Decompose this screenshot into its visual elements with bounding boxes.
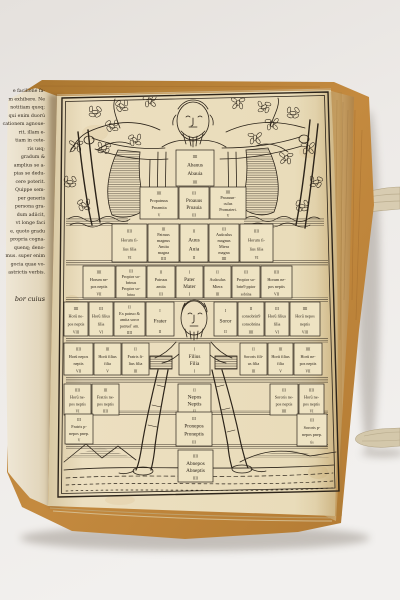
kinship-box-text: Abauus bbox=[187, 163, 203, 169]
kinship-box: IIEx patruo &amita sororpatruel' am.IIII bbox=[114, 302, 145, 336]
kinship-box-text: pos neptis bbox=[97, 402, 114, 407]
kinship-box: IISororis fili-us filiaIII bbox=[240, 343, 267, 375]
kinship-box-text: IIII bbox=[303, 307, 309, 311]
kinship-box: IIIIHorum ne-pos neptisVII bbox=[261, 266, 292, 298]
kinship-box: IIIIHorū neposneptisVIII bbox=[290, 302, 320, 336]
kinship-box-text: Fratris fi- bbox=[128, 354, 145, 359]
kinship-box: IIIIHorum ne-pos neptisVII bbox=[83, 266, 115, 298]
kinship-box-text: Horū ne- bbox=[69, 314, 85, 319]
kinship-box: IIIIPropatruusProamitaV bbox=[140, 187, 178, 219]
kinship-box: IIIIAbauusAbauiaIIII bbox=[176, 150, 214, 186]
kinship-box-text: Abnepos bbox=[186, 461, 204, 467]
left-page-rubric: bor cuius bbox=[15, 295, 46, 303]
kinship-box: IIIIHorum fi-lius filiaVI bbox=[112, 224, 147, 262]
kinship-box: IIAuūculusMteraIII bbox=[204, 266, 231, 298]
kinship-box-text: Filia bbox=[190, 361, 200, 367]
kinship-box-text: pos neptis bbox=[69, 402, 86, 407]
kinship-box-text: Frater bbox=[154, 318, 167, 324]
kinship-box-text: filia bbox=[104, 361, 111, 366]
kinship-box: IIIIHorū ne-pos neptisVII bbox=[294, 343, 322, 375]
kinship-box-text: Sororis fili- bbox=[244, 354, 264, 359]
kinship-box-text: us filia bbox=[248, 361, 260, 366]
kinship-box-text: IIII bbox=[97, 271, 103, 275]
kinship-box-text: IIII bbox=[193, 180, 199, 184]
kinship-box-text: Abauia bbox=[188, 171, 204, 177]
kinship-box: IINeposNeptisII bbox=[178, 384, 211, 415]
kinship-box-text: IIII bbox=[193, 455, 199, 459]
kinship-box: IIIIHorū ne-pos neptisVI bbox=[299, 384, 324, 415]
kinship-box: IIFratris fi-lius filiaIII bbox=[122, 343, 149, 375]
kinship-box-text: consobrin9 bbox=[242, 314, 261, 319]
left-page-text-line: dum adiicit, bbox=[17, 212, 46, 218]
kinship-box-text: brin9 ppior bbox=[237, 284, 256, 289]
left-page-text-line: tiam in cete- bbox=[15, 138, 45, 144]
kinship-box-text: Horū ne- bbox=[304, 394, 320, 399]
kinship-box: IIIHorū filiusfiliaV bbox=[94, 343, 121, 375]
kinship-box-text: pos neptis bbox=[68, 322, 85, 327]
left-page-text-line: cationem agnoue- bbox=[3, 121, 46, 127]
kinship-box-text: Patruus bbox=[157, 232, 170, 237]
kinship-box: IIIHorū filiusfiliaVI bbox=[265, 302, 289, 336]
left-page-text-line: rit, illam e- bbox=[19, 129, 46, 135]
kinship-box-text: IIII bbox=[127, 230, 133, 234]
left-page-text-line: cere poterit. bbox=[16, 179, 46, 185]
kinship-box-text: Horum fi- bbox=[248, 238, 265, 243]
kinship-box-text: Nepos bbox=[188, 394, 202, 400]
kinship-box-text: Auūculus bbox=[209, 277, 225, 282]
left-page-text-line: gradum & bbox=[21, 154, 45, 160]
kinship-box-text: VIII bbox=[73, 331, 80, 335]
kinship-box-text: Proauus bbox=[186, 199, 202, 204]
left-page-text-line: quenq; deno- bbox=[14, 245, 45, 251]
kinship-box-text: lius filia bbox=[250, 246, 264, 251]
kinship-box-text: pos neptis bbox=[276, 402, 293, 407]
kinship-box: IIIPropior so-brin9 ppiorsobrina bbox=[232, 266, 260, 298]
kinship-box: IIIAuūculusmagnusMteramagnaIIII bbox=[209, 224, 239, 262]
kinship-box-text: Pronepos bbox=[184, 424, 203, 430]
kinship-box-text: Auia bbox=[189, 246, 200, 252]
kinship-box-text: IIII bbox=[274, 271, 280, 275]
kinship-box-text: tis bbox=[310, 441, 314, 445]
kinship-box-text: IIII bbox=[309, 388, 315, 392]
kinship-box-text: IIII bbox=[74, 307, 80, 311]
kinship-box-text: brinus bbox=[126, 280, 137, 285]
kinship-box: IIIFratris ne-pos neptisIIII bbox=[92, 384, 119, 415]
kinship-box-text: Propior so- bbox=[237, 277, 256, 282]
left-page-text-line: ris usq; bbox=[27, 146, 45, 152]
kinship-box-text: Ex patruo & bbox=[119, 311, 140, 316]
kinship-box-text: Horum ne- bbox=[90, 277, 109, 282]
kinship-box: IIIIHorū ne-pos neptisVI bbox=[64, 384, 91, 415]
kinship-box-text: Propior so- bbox=[122, 274, 141, 279]
kinship-box-text: V bbox=[106, 370, 109, 374]
kinship-box: IIIPatruusmagnusAmitamagnaIIII bbox=[148, 224, 179, 262]
kinship-box-text: pos neptis bbox=[303, 402, 320, 407]
kinship-box-text: nepos pnep. bbox=[302, 432, 322, 437]
kinship-box-text: magnus bbox=[157, 238, 170, 243]
kinship-box-text: magnus bbox=[217, 238, 230, 243]
kinship-box-text: IIII bbox=[127, 331, 133, 335]
kinship-box-text: Horū ne- bbox=[301, 354, 317, 359]
kinship-box-text: IIII bbox=[193, 155, 199, 159]
kinship-box: IFraterII bbox=[146, 302, 174, 336]
kinship-box-text: Horū nepos bbox=[69, 354, 89, 359]
kinship-box-text: consobrina bbox=[242, 322, 261, 327]
kinship-box-text: Mater bbox=[183, 284, 196, 290]
kinship-box-text: Horū filius bbox=[98, 354, 117, 359]
left-page-text-line: e, quoto gradu bbox=[10, 228, 45, 234]
kinship-box-text: pos neptis bbox=[300, 361, 317, 366]
kinship-box-text: Fratris ne- bbox=[97, 394, 115, 399]
kinship-box-text: Horū nepos bbox=[295, 314, 315, 319]
kinship-box-text: Neptis bbox=[187, 402, 201, 408]
left-page-text-line: mus. super enim bbox=[5, 253, 45, 259]
kinship-box: IIIIAbneposAbneptisIIII bbox=[178, 450, 213, 482]
left-page-text-line: e facilioné fa- bbox=[13, 87, 46, 94]
kinship-box-text: culus bbox=[224, 201, 233, 206]
kinship-box-text: nepos pnep. bbox=[69, 431, 89, 436]
kinship-box: IIIProneposProneptisIII bbox=[176, 412, 212, 446]
left-page-text-line: propria cogna- bbox=[10, 237, 45, 243]
kinship-box-text: Mtera bbox=[219, 244, 229, 249]
kinship-box-text: Propior so- bbox=[122, 286, 141, 291]
kinship-box-text: pos neptis bbox=[91, 284, 108, 289]
kinship-box: IIIIHorū neposneptisVII bbox=[64, 343, 93, 375]
left-page-text-line: persona gra- bbox=[15, 205, 46, 210]
kinship-box-text: VIII bbox=[302, 331, 309, 335]
kinship-box: IIPatruusamitaIII bbox=[147, 266, 175, 298]
kinship-box-text: IIII bbox=[282, 410, 288, 414]
kinship-box-text: Sororis p- bbox=[304, 425, 321, 430]
kinship-box-text: Proamita bbox=[151, 205, 166, 210]
kinship-box-text: neptis bbox=[300, 322, 310, 327]
kinship-box: IIIProauusProauiaIII bbox=[179, 187, 209, 219]
left-page-text-line: notitiam quoq; bbox=[10, 105, 45, 111]
kinship-box-text: pos neptis bbox=[268, 284, 285, 289]
kinship-box-text: VII bbox=[97, 293, 103, 297]
left-page-text-line: pias se dedu- bbox=[14, 171, 46, 177]
kinship-box-text: IIII bbox=[254, 230, 260, 234]
kinship-box-text: IIII bbox=[226, 190, 232, 194]
left-page-text-line: vt longe faci bbox=[15, 220, 46, 226]
kinship-box-text: Horū filius bbox=[271, 354, 290, 359]
kinship-box-text: patruel' am. bbox=[120, 324, 140, 329]
kinship-box-text: Proauun- bbox=[220, 195, 236, 200]
kinship-box-text: magna bbox=[158, 250, 169, 255]
kinship-box: IFiliusFiliaI bbox=[179, 343, 210, 375]
kinship-box-text: amita soror bbox=[120, 317, 140, 322]
kinship-box-text: Auūculus bbox=[216, 232, 232, 237]
kinship-box-text: Soror bbox=[220, 318, 232, 324]
kinship-box-text: filia bbox=[274, 322, 281, 327]
left-page-text-line: astrictis verbis. bbox=[8, 270, 45, 276]
kinship-box-text: Proauia bbox=[186, 206, 202, 211]
kinship-box: IIIIHorum fi-lius filiaVI bbox=[240, 224, 273, 262]
kinship-box-text: Sororis ne- bbox=[275, 394, 294, 399]
kinship-box-text: IIII bbox=[75, 388, 81, 392]
kinship-box-text: Proneptis bbox=[184, 432, 204, 438]
kinship-box-text: sobrina bbox=[241, 293, 252, 297]
kinship-box: ISororII bbox=[214, 302, 237, 336]
kinship-box-text: IIII bbox=[222, 257, 228, 261]
kinship-box: IIIFratris p-nepos pnep.V bbox=[65, 414, 93, 444]
kinship-box-text: V bbox=[158, 214, 161, 218]
left-page-text-line: amplius se a- bbox=[14, 162, 46, 168]
left-page-text-line: m exhibere. Ne bbox=[8, 96, 45, 102]
kinship-box-text: filia bbox=[98, 322, 105, 327]
kinship-box-text: brina bbox=[127, 293, 135, 297]
kinship-box: IIIIHorū ne-pos neptisVIII bbox=[64, 302, 88, 336]
kinship-box-text: amita bbox=[156, 284, 165, 289]
kinship-box-text: V bbox=[78, 439, 81, 443]
kinship-box-text: IIII bbox=[161, 257, 167, 261]
kinship-box-text: lius filia bbox=[129, 361, 143, 366]
kinship-box: IIIPropior so-brinusPropior so-brina bbox=[116, 266, 146, 298]
kinship-box-text: neptis bbox=[73, 361, 83, 366]
kinship-box-text: Fratris p- bbox=[71, 424, 87, 429]
kinship-box-text: IIII bbox=[249, 331, 255, 335]
kinship-box: IIAuusAuiaII bbox=[180, 224, 208, 262]
kinship-box-text: VII bbox=[76, 370, 82, 374]
kinship-box-text: IIII bbox=[103, 410, 109, 414]
kinship-box: IIIHorū filiusfiliaV bbox=[268, 343, 293, 375]
kinship-box: IIconsobrin9consobrinaIIII bbox=[238, 302, 264, 336]
kinship-box-text: Propatruus bbox=[150, 198, 169, 203]
photo-of-open-book: e facilioné fa-m exhibere. Nenotitiam qu… bbox=[0, 0, 400, 600]
kinship-box-text: Abneptis bbox=[186, 468, 205, 474]
kinship-box-text: Horū filius bbox=[92, 314, 111, 319]
left-page-text-line: gocia quae vo- bbox=[11, 261, 46, 267]
kinship-box-text: Horū ne- bbox=[70, 394, 86, 399]
kinship-box-text: Mtera bbox=[213, 284, 223, 289]
kinship-box-text: lius filia bbox=[123, 246, 137, 251]
kinship-box-text: VII bbox=[306, 370, 312, 374]
kinship-box-text: VII bbox=[274, 293, 280, 297]
kinship-box: IIIIProauun-culusPromatert.V bbox=[210, 187, 246, 219]
kinship-box-text: Horum ne- bbox=[267, 277, 286, 282]
kinship-box: IIISororis ne-pos neptisIIII bbox=[270, 384, 298, 415]
kinship-box: IIIHorū filiusfiliaVI bbox=[89, 302, 113, 336]
kinship-box-text: magna bbox=[218, 250, 229, 255]
kinship-box-text: Promatert. bbox=[219, 207, 237, 212]
kinship-box-text: IIII bbox=[193, 477, 199, 481]
kinship-box-text: Pater bbox=[184, 277, 195, 283]
kinship-box-text: Filius bbox=[189, 354, 201, 360]
kinship-box-text: IIII bbox=[157, 192, 163, 196]
kinship-box-text: V bbox=[227, 214, 230, 218]
kinship-box: IIISororis p-nepos pnep.tis bbox=[297, 414, 327, 446]
kinship-box-text: Auus bbox=[188, 238, 199, 244]
kinship-box-text: Patruus bbox=[155, 277, 168, 282]
kinship-box-text: IIII bbox=[76, 348, 82, 352]
left-page-text-line: per generis bbox=[18, 195, 46, 201]
kinship-box-text: V bbox=[279, 370, 282, 374]
left-page-text-line: qui enim duorú bbox=[9, 112, 45, 119]
kinship-box-text: Horum fi- bbox=[121, 238, 138, 243]
kinship-box-text: filia bbox=[277, 361, 284, 366]
kinship-box-text: Horū filius bbox=[268, 314, 287, 319]
kinship-box-text: IIII bbox=[306, 348, 312, 352]
kinship-box-text: Amita bbox=[158, 244, 169, 249]
kinship-box: IPaterMaterI bbox=[176, 266, 203, 298]
left-page-text-line: Quippe sem- bbox=[15, 187, 45, 193]
